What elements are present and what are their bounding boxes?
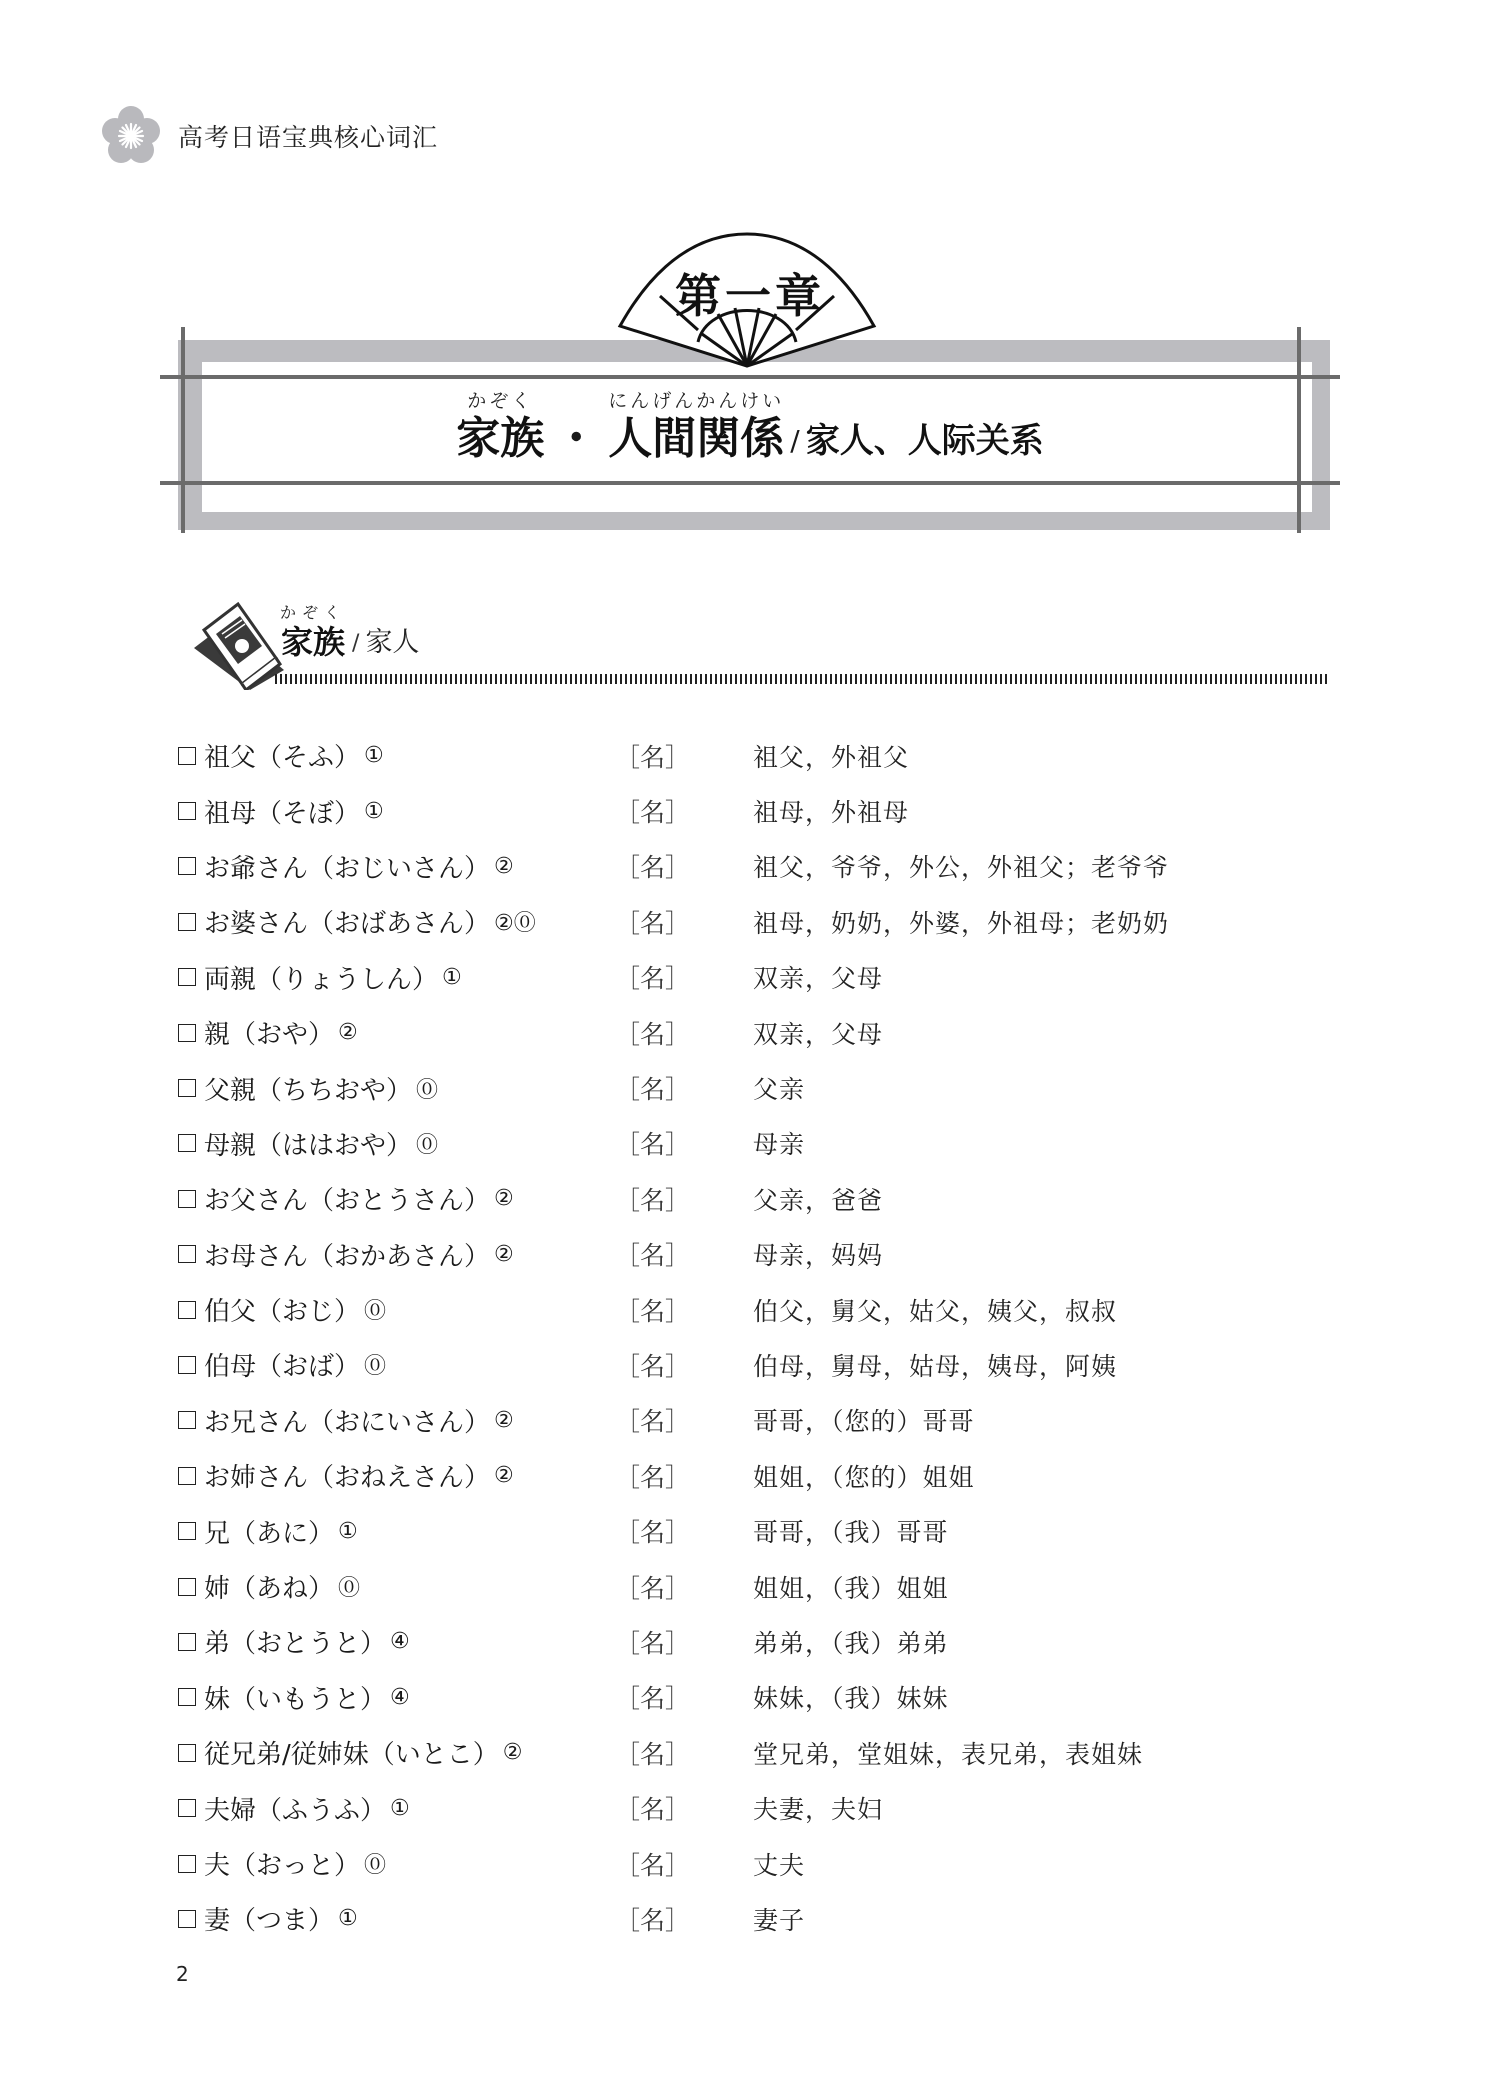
part-of-speech: ［名］ [615,1679,690,1715]
vocab-meaning: 伯母，舅母，姑母，姨母，阿姨 [753,1347,1117,1383]
accent-mark: ④ [390,1685,410,1710]
vocab-word: 親（おや） [204,1014,334,1051]
accent-mark: ⓪ [416,1128,438,1159]
book-title: 高考日语宝典核心词汇 [178,118,438,154]
part-of-speech: ［名］ [615,1735,690,1771]
vocab-meaning: 弟弟，（我）弟弟 [753,1624,949,1660]
checkbox[interactable] [178,1467,196,1485]
vocab-word: お姉さん（おねえさん） [204,1457,490,1494]
part-of-speech: ［名］ [615,793,690,829]
vocab-list: 祖父（そふ）①［名］祖父，外祖父 祖母（そぼ）①［名］祖母，外祖母 お爺さん（お… [178,728,1328,1947]
vocab-word: 従兄弟/従姉妹（いとこ） [204,1734,499,1771]
vocab-item: お父さん（おとうさん）②［名］父亲，爸爸 [178,1171,1328,1226]
checkbox[interactable] [178,968,196,986]
vocab-word: 妹（いもうと） [204,1679,386,1716]
chapter-title: かぞく 家族 ・ にんげんかんけい 人間関係 / 家人、人际关系 [160,390,1340,466]
vocab-word: 妻（つま） [204,1900,334,1937]
section-title-ruby: かぞく 家族 [280,604,346,662]
part-of-speech: ［名］ [615,959,690,995]
vocab-item: 弟（おとうと）④［名］弟弟，（我）弟弟 [178,1614,1328,1669]
vocab-meaning: 丈夫 [753,1846,805,1882]
section-title-chinese: 家人 [365,624,419,662]
section-slash: / [352,626,359,662]
checkbox[interactable] [178,802,196,820]
checkbox[interactable] [178,1190,196,1208]
part-of-speech: ［名］ [615,1901,690,1937]
part-of-speech: ［名］ [615,1402,690,1438]
vocab-item: 父親（ちちおや）⓪［名］父亲 [178,1060,1328,1115]
vocab-item: 兄（あに）①［名］哥哥，（我）哥哥 [178,1503,1328,1558]
vocab-item: 伯父（おじ）⓪［名］伯父，舅父，姑父，姨父，叔叔 [178,1282,1328,1337]
vocab-word: お兄さん（おにいさん） [204,1402,490,1439]
accent-mark: ① [338,1519,358,1544]
running-header: 高考日语宝典核心词汇 [100,104,438,168]
vocab-item: お兄さん（おにいさん）②［名］哥哥，（您的）哥哥 [178,1393,1328,1448]
vocab-meaning: 祖父，外祖父 [753,738,909,774]
vocab-item: 従兄弟/従姉妹（いとこ）②［名］堂兄弟，堂姐妹，表兄弟，表姐妹 [178,1725,1328,1780]
vocab-item: お婆さん（おばあさん）②⓪［名］祖母，奶奶，外婆，外祖母；老奶奶 [178,894,1328,949]
vocab-word: 伯母（おば） [204,1346,360,1383]
accent-mark: ② [494,1186,514,1211]
vocab-meaning: 母亲，妈妈 [753,1236,883,1272]
part-of-speech: ［名］ [615,1015,690,1051]
part-of-speech: ［名］ [615,1846,690,1882]
accent-mark: ② [494,1408,514,1433]
plum-blossom-icon [100,105,162,167]
checkbox[interactable] [178,1910,196,1928]
accent-mark: ⓪ [416,1073,438,1104]
vocab-meaning: 祖父，爷爷，外公，外祖父；老爷爷 [753,848,1169,884]
chapter-banner: 第一章 かぞく 家族 ・ にんげんかんけい 人間関係 / 家人、人际关系 [160,230,1340,550]
section-heading: かぞく 家族 / 家人 [190,590,1330,700]
vocab-item: 祖母（そぼ）①［名］祖母，外祖母 [178,783,1328,838]
part-of-speech: ［名］ [615,1790,690,1826]
checkbox[interactable] [178,857,196,875]
vocab-item: 母親（ははおや）⓪［名］母亲 [178,1116,1328,1171]
accent-mark: ② [494,1242,514,1267]
accent-mark: ⓪ [364,1294,386,1325]
accent-mark: ① [338,1906,358,1931]
accent-mark: ① [364,799,384,824]
chapter-title-chinese: 家人、人际关系 [806,416,1044,466]
vocab-item: 両親（りょうしん）①［名］双亲，父母 [178,950,1328,1005]
hatched-divider [275,674,1328,684]
vocab-meaning: 哥哥，（您的）哥哥 [753,1402,975,1438]
vocab-word: 両親（りょうしん） [204,959,438,996]
vocab-word: お婆さん（おばあさん） [204,903,490,940]
vocab-word: 兄（あに） [204,1513,334,1550]
part-of-speech: ［名］ [615,738,690,774]
accent-mark: ① [364,743,384,768]
checkbox[interactable] [178,1024,196,1042]
part-of-speech: ［名］ [615,1292,690,1328]
accent-mark: ⓪ [364,1848,386,1879]
vocab-meaning: 姐姐，（您的）姐姐 [753,1458,975,1494]
title-slash: / [790,416,799,466]
accent-mark: ②⓪ [494,906,536,937]
checkbox[interactable] [178,1688,196,1706]
vocab-meaning: 哥哥，（我）哥哥 [753,1513,949,1549]
accent-mark: ① [390,1796,410,1821]
vocab-meaning: 母亲 [753,1125,805,1161]
accent-mark: ② [503,1740,523,1765]
checkbox[interactable] [178,1356,196,1374]
vocab-item: お爺さん（おじいさん）②［名］祖父，爷爷，外公，外祖父；老爷爷 [178,839,1328,894]
checkbox[interactable] [178,1578,196,1596]
part-of-speech: ［名］ [615,1236,690,1272]
vocab-word: 夫（おっと） [204,1845,360,1882]
title-ruby-kazoku: かぞく 家族 [456,390,544,466]
section-title: かぞく 家族 / 家人 [280,604,419,662]
part-of-speech: ［名］ [615,1624,690,1660]
part-of-speech: ［名］ [615,1569,690,1605]
vocab-meaning: 祖母，奶奶，外婆，外祖母；老奶奶 [753,904,1169,940]
part-of-speech: ［名］ [615,904,690,940]
checkbox[interactable] [178,1522,196,1540]
vocab-item: 伯母（おば）⓪［名］伯母，舅母，姑母，姨母，阿姨 [178,1337,1328,1392]
checkbox[interactable] [178,913,196,931]
vocab-meaning: 姐姐，（我）姐姐 [753,1569,949,1605]
part-of-speech: ［名］ [615,1070,690,1106]
title-separator: ・ [554,412,598,466]
vocab-item: 妻（つま）①［名］妻子 [178,1891,1328,1946]
vocab-item: 祖父（そふ）①［名］祖父，外祖父 [178,728,1328,783]
vocab-item: 妹（いもうと）④［名］妹妹，（我）妹妹 [178,1670,1328,1725]
checkbox[interactable] [178,747,196,765]
part-of-speech: ［名］ [615,1513,690,1549]
checkbox[interactable] [178,1744,196,1762]
vocab-meaning: 妻子 [753,1901,805,1937]
part-of-speech: ［名］ [615,1458,690,1494]
checkbox[interactable] [178,1245,196,1263]
vocab-item: 夫婦（ふうふ）①［名］夫妻，夫妇 [178,1780,1328,1835]
vocab-item: お姉さん（おねえさん）②［名］姐姐，（您的）姐姐 [178,1448,1328,1503]
accent-mark: ① [442,965,462,990]
vocab-word: 父親（ちちおや） [204,1070,412,1107]
vocab-word: 弟（おとうと） [204,1623,386,1660]
checkbox[interactable] [178,1855,196,1873]
vocab-word: 祖母（そぼ） [204,793,360,830]
vocab-meaning: 夫妻，夫妇 [753,1790,883,1826]
vocab-item: 夫（おっと）⓪［名］丈夫 [178,1836,1328,1891]
vocab-meaning: 父亲，爸爸 [753,1181,883,1217]
vocab-meaning: 双亲，父母 [753,959,883,995]
vocab-word: お父さん（おとうさん） [204,1180,490,1217]
vocab-meaning: 祖母，外祖母 [753,793,909,829]
accent-mark: ④ [390,1629,410,1654]
vocab-item: 姉（あね）⓪［名］姐姐，（我）姐姐 [178,1559,1328,1614]
vocab-word: お爺さん（おじいさん） [204,848,490,885]
vocab-meaning: 堂兄弟，堂姐妹，表兄弟，表姐妹 [753,1735,1143,1771]
vocab-meaning: 伯父，舅父，姑父，姨父，叔叔 [753,1292,1117,1328]
vocab-word: 伯父（おじ） [204,1291,360,1328]
part-of-speech: ［名］ [615,848,690,884]
vocab-item: 親（おや）②［名］双亲，父母 [178,1005,1328,1060]
chapter-label: 第一章 [160,260,1340,326]
vocab-item: お母さん（おかあさん）②［名］母亲，妈妈 [178,1227,1328,1282]
checkbox[interactable] [178,1799,196,1817]
page-number: 2 [176,1962,189,1986]
vocab-word: 母親（ははおや） [204,1125,412,1162]
accent-mark: ⓪ [338,1571,360,1602]
accent-mark: ② [494,854,514,879]
vocab-word: お母さん（おかあさん） [204,1236,490,1273]
vocab-meaning: 父亲 [753,1070,805,1106]
checkbox[interactable] [178,1079,196,1097]
part-of-speech: ［名］ [615,1347,690,1383]
checkbox[interactable] [178,1134,196,1152]
accent-mark: ⓪ [364,1349,386,1380]
part-of-speech: ［名］ [615,1125,690,1161]
checkbox[interactable] [178,1411,196,1429]
checkbox[interactable] [178,1633,196,1651]
title-ruby-ningenkankei: にんげんかんけい 人間関係 [608,390,784,466]
vocab-word: 姉（あね） [204,1568,334,1605]
part-of-speech: ［名］ [615,1181,690,1217]
vocab-meaning: 妹妹，（我）妹妹 [753,1679,949,1715]
accent-mark: ② [494,1463,514,1488]
checkbox[interactable] [178,1301,196,1319]
vocab-word: 祖父（そふ） [204,737,360,774]
vocab-word: 夫婦（ふうふ） [204,1790,386,1827]
accent-mark: ② [338,1020,358,1045]
vocab-meaning: 双亲，父母 [753,1015,883,1051]
